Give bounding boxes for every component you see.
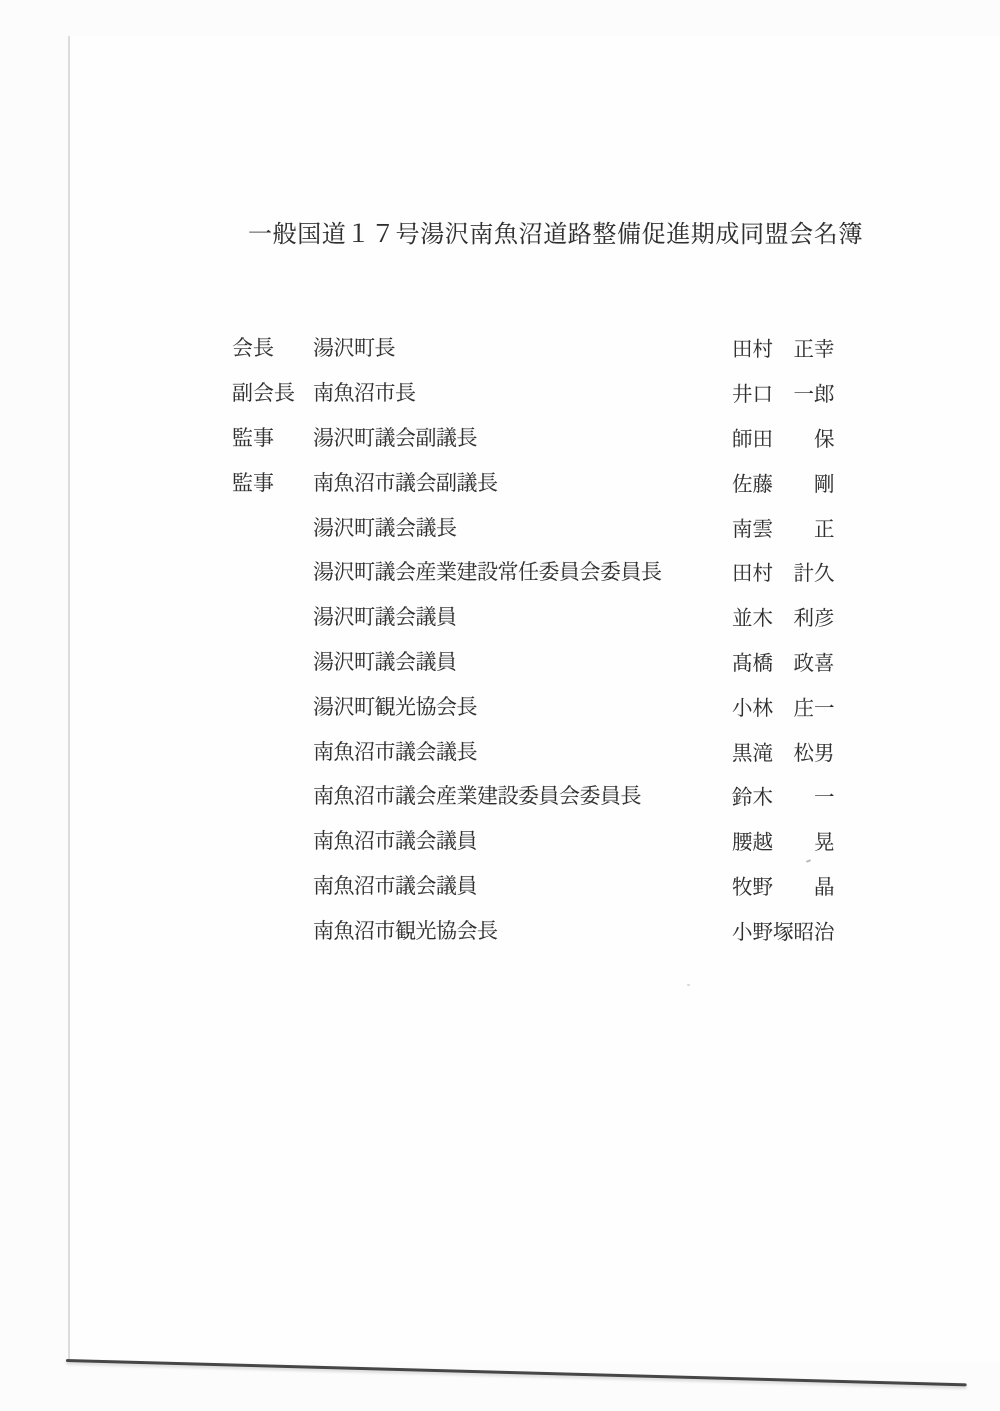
paper-left-edge [68, 36, 70, 1361]
member-position: 湯沢町議会議員 [313, 646, 732, 676]
member-position: 南魚沼市議会議長 [313, 736, 732, 766]
member-name: 師田 保 [732, 422, 882, 452]
member-position: 南魚沼市議会副議長 [313, 467, 732, 497]
member-position: 湯沢町長 [313, 332, 732, 362]
member-position: 湯沢町議会産業建設常任委員会委員長 [313, 556, 732, 586]
member-position: 南魚沼市議会議員 [313, 825, 732, 855]
member-name: 腰越 晃 [732, 825, 882, 855]
member-row: 湯沢町観光協会長 小林 庄一 [232, 683, 882, 728]
member-name: 並木 利彦 [732, 601, 882, 631]
member-position: 湯沢町議会副議長 [313, 422, 732, 452]
member-name: 牧野 晶 [732, 870, 882, 900]
member-row: 南魚沼市観光協会長 小野塚昭治 [232, 907, 882, 952]
member-name: 小野塚昭治 [732, 915, 882, 945]
member-name: 黒滝 松男 [732, 736, 882, 766]
member-row: 南魚沼市議会議長 黒滝 松男 [232, 728, 882, 773]
member-row: 湯沢町議会産業建設常任委員会委員長 田村 計久 [232, 549, 882, 594]
member-name: 髙橋 政喜 [732, 646, 882, 676]
member-name: 井口 一郎 [732, 377, 882, 407]
member-role: 監事 [232, 422, 313, 452]
member-row: 湯沢町議会議員 並木 利彦 [232, 594, 882, 639]
member-row: 湯沢町議会議員 髙橋 政喜 [232, 639, 882, 684]
member-position: 南魚沼市議会産業建設委員会委員長 [313, 780, 732, 810]
member-list: 会長 湯沢町長 田村 正幸 副会長 南魚沼市長 井口 一郎 監事 湯沢町議会副議… [232, 325, 882, 952]
member-position: 湯沢町議会議員 [313, 601, 732, 631]
member-name: 鈴木 一 [732, 780, 882, 810]
member-name: 小林 庄一 [732, 691, 882, 721]
member-row: 南魚沼市議会議員 腰越 晃 [232, 818, 882, 863]
scan-dust-speck [687, 984, 690, 986]
document-title: 一般国道１７号湯沢南魚沼道路整備促進期成同盟会名簿 [248, 214, 863, 249]
member-row: 湯沢町議会議長 南雲 正 [232, 504, 882, 549]
member-position: 湯沢町議会議長 [313, 512, 732, 542]
member-role: 会長 [232, 332, 313, 362]
member-role: 監事 [232, 467, 313, 497]
member-name: 南雲 正 [732, 512, 882, 542]
member-name: 佐藤 剛 [732, 467, 882, 497]
member-row: 監事 湯沢町議会副議長 師田 保 [232, 415, 882, 460]
member-position: 南魚沼市観光協会長 [313, 915, 732, 945]
paper-bottom-edge [66, 1359, 967, 1386]
member-row: 副会長 南魚沼市長 井口 一郎 [232, 370, 882, 415]
member-role: 副会長 [232, 377, 313, 407]
member-position: 南魚沼市長 [313, 377, 732, 407]
member-position: 南魚沼市議会議員 [313, 870, 732, 900]
member-row: 南魚沼市議会産業建設委員会委員長 鈴木 一 [232, 773, 882, 818]
member-name: 田村 計久 [732, 556, 882, 586]
member-row: 南魚沼市議会議員 牧野 晶 [232, 863, 882, 908]
scanned-page: 一般国道１７号湯沢南魚沼道路整備促進期成同盟会名簿 会長 湯沢町長 田村 正幸 … [0, 0, 1000, 1411]
member-position: 湯沢町観光協会長 [313, 691, 732, 721]
member-name: 田村 正幸 [732, 332, 882, 362]
member-row: 監事 南魚沼市議会副議長 佐藤 剛 [232, 459, 882, 504]
member-row: 会長 湯沢町長 田村 正幸 [232, 325, 882, 370]
